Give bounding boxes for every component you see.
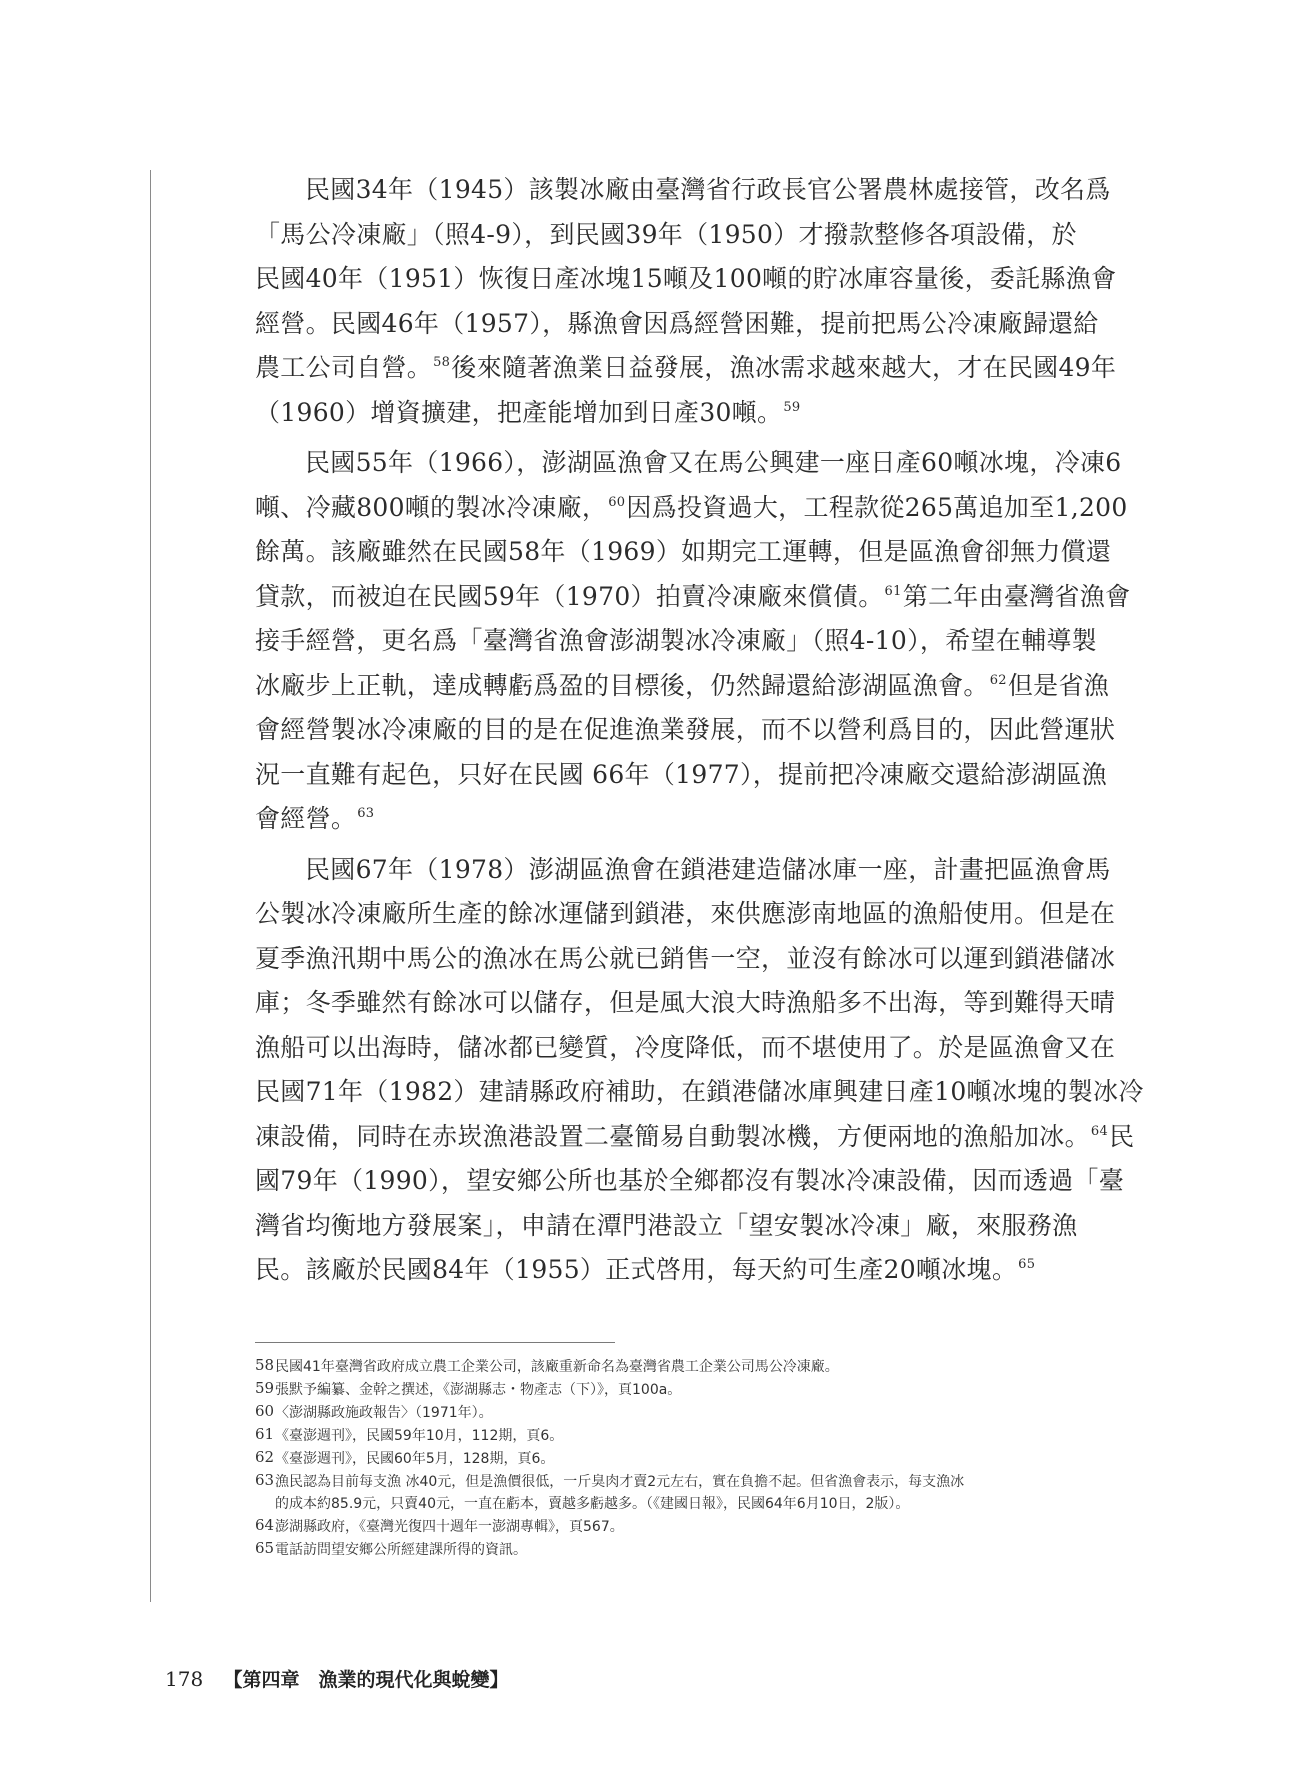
text-line: 民國55年（1966），澎湖區漁會又在馬公興建一座日產60噸冰塊，冷凍6 bbox=[255, 441, 1130, 486]
book-page: 民國34年（1945）該製冰廠由臺灣省行政長官公署農林處接管，改名爲「馬公冷凍廠… bbox=[0, 0, 1300, 1779]
text-line: 「馬公冷凍廠」（照4-9），到民國39年（1950）才撥款整修各項設備，於 bbox=[255, 213, 1130, 258]
line-text: 況一直難有起色，只好在民國 66年（1977），提前把冷凍廠交還給澎湖區漁 bbox=[255, 760, 1107, 789]
body-text: 民國34年（1945）該製冰廠由臺灣省行政長官公署農林處接管，改名爲「馬公冷凍廠… bbox=[255, 168, 1130, 1293]
text-line: 況一直難有起色，只好在民國 66年（1977），提前把冷凍廠交還給澎湖區漁 bbox=[255, 753, 1130, 798]
chapter-title: 【第四章 漁業的現代化與蛻變】 bbox=[224, 1669, 509, 1691]
line-text: 民。該廠於民國84年（1955）正式啓用，每天約可生產20噸冰塊。 bbox=[255, 1255, 1017, 1284]
footnote-text: 張默予編纂、金幹之撰述，《澎湖縣志・物產志（下）》，頁100a。 bbox=[275, 1379, 1135, 1401]
footnote-item: 59張默予編纂、金幹之撰述，《澎湖縣志・物產志（下）》，頁100a。 bbox=[255, 1379, 1135, 1401]
footnote-ref[interactable]: 60 bbox=[608, 495, 625, 510]
text-line: 民國71年（1982）建請縣政府補助，在鎖港儲冰庫興建日產10噸冰塊的製冰冷 bbox=[255, 1070, 1130, 1115]
text-line: 會經營。63 bbox=[255, 797, 1130, 842]
footnote-ref[interactable]: 64 bbox=[1091, 1124, 1108, 1139]
footnote-line: 的成本約85.9元，只賣40元，一直在虧本，賣越多虧越多。（《建國日報》，民國6… bbox=[275, 1493, 1135, 1515]
line-text: 經營。民國46年（1957），縣漁會因爲經營困難，提前把馬公冷凍廠歸還給 bbox=[255, 309, 1099, 338]
footnote-divider bbox=[255, 1342, 615, 1343]
text-line: 噸、冷藏800噸的製冰冷凍廠，60因爲投資過大，工程款從265萬追加至1,200 bbox=[255, 486, 1130, 531]
footnote-number: 61 bbox=[255, 1423, 275, 1445]
line-text: 民國40年（1951）恢復日產冰塊15噸及100噸的貯冰庫容量後，委託縣漁會 bbox=[255, 264, 1116, 293]
footnote-line: 電話訪問望安鄉公所經建課所得的資訊。 bbox=[275, 1539, 1135, 1561]
footnote-text: 澎湖縣政府，《臺灣光復四十週年一澎湖專輯》，頁567。 bbox=[275, 1516, 1135, 1538]
line-text: 民國55年（1966），澎湖區漁會又在馬公興建一座日產60噸冰塊，冷凍6 bbox=[305, 448, 1121, 477]
line-text: 接手經營，更名爲「臺灣省漁會澎湖製冰冷凍廠」（照4-10），希望在輔導製 bbox=[255, 626, 1097, 655]
line-text: 冰廠步上正軌，達成轉虧爲盈的目標後，仍然歸還給澎湖區漁會。 bbox=[255, 671, 989, 700]
footnote-line: 《臺澎週刊》，民國59年10月，112期，頁6。 bbox=[275, 1425, 1135, 1447]
line-text: 國79年（1990），望安鄉公所也基於全鄉都沒有製冰冷凍設備，因而透過「臺 bbox=[255, 1166, 1124, 1195]
footnote-item: 61《臺澎週刊》，民國59年10月，112期，頁6。 bbox=[255, 1425, 1135, 1447]
line-text: 貸款，而被迫在民國59年（1970）拍賣冷凍廠來償債。 bbox=[255, 582, 884, 611]
footnote-number: 60 bbox=[255, 1400, 275, 1422]
footnote-item: 63漁民認為目前每支漁 冰40元，但是漁價很低，一斤臭肉才賣2元左右，實在負擔不… bbox=[255, 1471, 1135, 1515]
footnote-ref[interactable]: 63 bbox=[357, 806, 374, 821]
text-line: 民國67年（1978）澎湖區漁會在鎖港建造儲冰庫一座，計畫把區漁會馬 bbox=[255, 848, 1130, 893]
footnote-line: 〈澎湖縣政施政報告〉（1971年）。 bbox=[275, 1402, 1135, 1424]
page-number: 178 bbox=[165, 1667, 203, 1691]
text-line: 餘萬。該廠雖然在民國58年（1969）如期完工運轉，但是區漁會卻無力償還 bbox=[255, 530, 1130, 575]
line-text: 民國71年（1982）建請縣政府補助，在鎖港儲冰庫興建日產10噸冰塊的製冰冷 bbox=[255, 1077, 1144, 1106]
paragraph: 民國34年（1945）該製冰廠由臺灣省行政長官公署農林處接管，改名爲「馬公冷凍廠… bbox=[255, 168, 1130, 435]
text-line: 接手經營，更名爲「臺灣省漁會澎湖製冰冷凍廠」（照4-10），希望在輔導製 bbox=[255, 619, 1130, 664]
line-text: 因爲投資過大，工程款從265萬追加至1,200 bbox=[626, 493, 1127, 522]
footnote-number: 59 bbox=[255, 1377, 275, 1399]
footnote-item: 60〈澎湖縣政施政報告〉（1971年）。 bbox=[255, 1402, 1135, 1424]
line-text: 夏季漁汛期中馬公的漁冰在馬公就已銷售一空，並沒有餘冰可以運到鎖港儲冰 bbox=[255, 944, 1115, 973]
footnote-text: 電話訪問望安鄉公所經建課所得的資訊。 bbox=[275, 1539, 1135, 1561]
text-line: 國79年（1990），望安鄉公所也基於全鄉都沒有製冰冷凍設備，因而透過「臺 bbox=[255, 1159, 1130, 1204]
footnote-text: 漁民認為目前每支漁 冰40元，但是漁價很低，一斤臭肉才賣2元左右，實在負擔不起。… bbox=[275, 1471, 1135, 1515]
text-line: 冰廠步上正軌，達成轉虧爲盈的目標後，仍然歸還給澎湖區漁會。62但是省漁 bbox=[255, 664, 1130, 709]
margin-rule bbox=[150, 170, 151, 1602]
footnote-line: 漁民認為目前每支漁 冰40元，但是漁價很低，一斤臭肉才賣2元左右，實在負擔不起。… bbox=[275, 1471, 1135, 1493]
line-text: 公製冰冷凍廠所生產的餘冰運儲到鎖港，來供應澎南地區的漁船使用。但是在 bbox=[255, 899, 1115, 928]
footnotes: 58民國41年臺灣省政府成立農工企業公司，該廠重新命名為臺灣省農工企業公司馬公冷… bbox=[255, 1356, 1135, 1562]
line-text: 民國34年（1945）該製冰廠由臺灣省行政長官公署農林處接管，改名爲 bbox=[305, 175, 1111, 204]
footnote-item: 62《臺澎週刊》，民國60年5月，128期，頁6。 bbox=[255, 1448, 1135, 1470]
line-text: 但是省漁 bbox=[1008, 671, 1109, 700]
line-text: 第二年由臺灣省漁會 bbox=[903, 582, 1131, 611]
text-line: 灣省均衡地方發展案」，申請在潭門港設立「望安製冰冷凍」廠，來服務漁 bbox=[255, 1204, 1130, 1249]
footnote-ref[interactable]: 65 bbox=[1018, 1257, 1035, 1272]
footnote-item: 58民國41年臺灣省政府成立農工企業公司，該廠重新命名為臺灣省農工企業公司馬公冷… bbox=[255, 1356, 1135, 1378]
footnote-item: 65電話訪問望安鄉公所經建課所得的資訊。 bbox=[255, 1539, 1135, 1561]
footnote-text: 《臺澎週刊》，民國59年10月，112期，頁6。 bbox=[275, 1425, 1135, 1447]
line-text: （1960）增資擴建，把產能增加到日產30噸。 bbox=[255, 398, 782, 427]
text-line: 公製冰冷凍廠所生產的餘冰運儲到鎖港，來供應澎南地區的漁船使用。但是在 bbox=[255, 892, 1130, 937]
line-text: 民國67年（1978）澎湖區漁會在鎖港建造儲冰庫一座，計畫把區漁會馬 bbox=[305, 855, 1111, 884]
footnote-number: 65 bbox=[255, 1537, 275, 1559]
line-text: 後來隨著漁業日益發展，漁冰需求越來越大，才在民國49年 bbox=[451, 353, 1116, 382]
text-line: 凍設備，同時在赤崁漁港設置二臺簡易自動製冰機，方便兩地的漁船加冰。64民 bbox=[255, 1115, 1130, 1160]
line-text: 噸、冷藏800噸的製冰冷凍廠， bbox=[255, 493, 607, 522]
line-text: 灣省均衡地方發展案」，申請在潭門港設立「望安製冰冷凍」廠，來服務漁 bbox=[255, 1211, 1077, 1240]
text-line: 庫；冬季雖然有餘冰可以儲存，但是風大浪大時漁船多不出海，等到難得天晴 bbox=[255, 981, 1130, 1026]
text-line: （1960）增資擴建，把產能增加到日產30噸。59 bbox=[255, 391, 1130, 436]
footnote-line: 澎湖縣政府，《臺灣光復四十週年一澎湖專輯》，頁567。 bbox=[275, 1516, 1135, 1538]
footnote-line: 張默予編纂、金幹之撰述，《澎湖縣志・物產志（下）》，頁100a。 bbox=[275, 1379, 1135, 1401]
text-line: 漁船可以出海時，儲冰都已變質，冷度降低，而不堪使用了。於是區漁會又在 bbox=[255, 1026, 1130, 1071]
text-line: 民。該廠於民國84年（1955）正式啓用，每天約可生產20噸冰塊。65 bbox=[255, 1248, 1130, 1293]
text-line: 民國40年（1951）恢復日產冰塊15噸及100噸的貯冰庫容量後，委託縣漁會 bbox=[255, 257, 1130, 302]
text-line: 貸款，而被迫在民國59年（1970）拍賣冷凍廠來償債。61第二年由臺灣省漁會 bbox=[255, 575, 1130, 620]
footnote-number: 58 bbox=[255, 1354, 275, 1376]
footnote-number: 62 bbox=[255, 1446, 275, 1468]
line-text: 會經營。 bbox=[255, 804, 356, 833]
footnote-text: 〈澎湖縣政施政報告〉（1971年）。 bbox=[275, 1402, 1135, 1424]
line-text: 漁船可以出海時，儲冰都已變質，冷度降低，而不堪使用了。於是區漁會又在 bbox=[255, 1033, 1115, 1062]
line-text: 餘萬。該廠雖然在民國58年（1969）如期完工運轉，但是區漁會卻無力償還 bbox=[255, 537, 1111, 566]
footnote-number: 64 bbox=[255, 1514, 275, 1536]
footnote-ref[interactable]: 59 bbox=[783, 400, 800, 415]
footnote-line: 民國41年臺灣省政府成立農工企業公司，該廠重新命名為臺灣省農工企業公司馬公冷凍廠… bbox=[275, 1356, 1135, 1378]
paragraph: 民國55年（1966），澎湖區漁會又在馬公興建一座日產60噸冰塊，冷凍6噸、冷藏… bbox=[255, 441, 1130, 842]
text-line: 農工公司自營。58後來隨著漁業日益發展，漁冰需求越來越大，才在民國49年 bbox=[255, 346, 1130, 391]
text-line: 夏季漁汛期中馬公的漁冰在馬公就已銷售一空，並沒有餘冰可以運到鎖港儲冰 bbox=[255, 937, 1130, 982]
footnote-line: 《臺澎週刊》，民國60年5月，128期，頁6。 bbox=[275, 1448, 1135, 1470]
footnote-ref[interactable]: 62 bbox=[990, 673, 1007, 688]
footnote-text: 民國41年臺灣省政府成立農工企業公司，該廠重新命名為臺灣省農工企業公司馬公冷凍廠… bbox=[275, 1356, 1135, 1378]
line-text: 會經營製冰冷凍廠的目的是在促進漁業發展，而不以營利爲目的，因此營運狀 bbox=[255, 715, 1115, 744]
text-line: 經營。民國46年（1957），縣漁會因爲經營困難，提前把馬公冷凍廠歸還給 bbox=[255, 302, 1130, 347]
footnote-text: 《臺澎週刊》，民國60年5月，128期，頁6。 bbox=[275, 1448, 1135, 1470]
footnote-number: 63 bbox=[255, 1469, 275, 1513]
line-text: 庫；冬季雖然有餘冰可以儲存，但是風大浪大時漁船多不出海，等到難得天晴 bbox=[255, 988, 1115, 1017]
footnote-item: 64澎湖縣政府，《臺灣光復四十週年一澎湖專輯》，頁567。 bbox=[255, 1516, 1135, 1538]
page-footer: 178 【第四章 漁業的現代化與蛻變】 bbox=[165, 1665, 509, 1692]
footnote-ref[interactable]: 58 bbox=[433, 355, 450, 370]
line-text: 「馬公冷凍廠」（照4-9），到民國39年（1950）才撥款整修各項設備，於 bbox=[255, 220, 1077, 249]
footnote-ref[interactable]: 61 bbox=[885, 584, 902, 599]
paragraph: 民國67年（1978）澎湖區漁會在鎖港建造儲冰庫一座，計畫把區漁會馬公製冰冷凍廠… bbox=[255, 848, 1130, 1293]
text-line: 會經營製冰冷凍廠的目的是在促進漁業發展，而不以營利爲目的，因此營運狀 bbox=[255, 708, 1130, 753]
line-text: 民 bbox=[1109, 1122, 1134, 1151]
line-text: 農工公司自營。 bbox=[255, 353, 432, 382]
line-text: 凍設備，同時在赤崁漁港設置二臺簡易自動製冰機，方便兩地的漁船加冰。 bbox=[255, 1122, 1090, 1151]
text-line: 民國34年（1945）該製冰廠由臺灣省行政長官公署農林處接管，改名爲 bbox=[255, 168, 1130, 213]
